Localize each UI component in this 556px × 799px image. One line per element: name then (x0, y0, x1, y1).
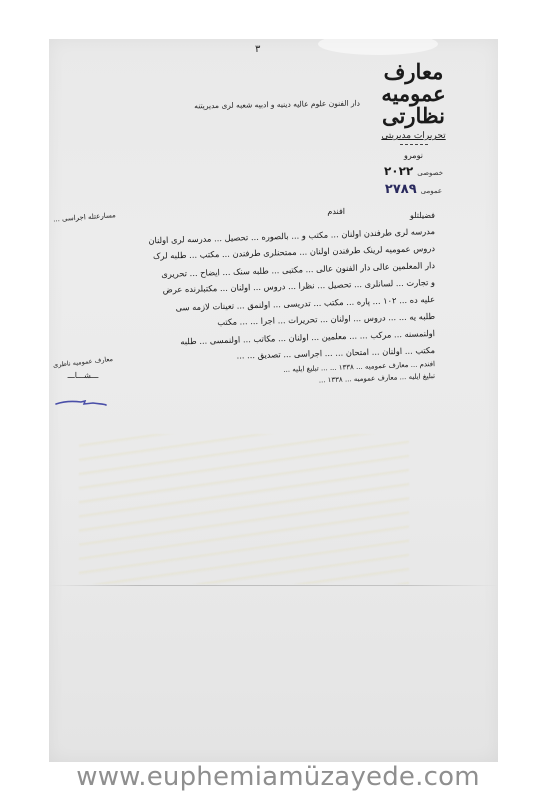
signature: ـــشـــاـــ (52, 371, 114, 380)
addressee-line: دار الفنون علوم عالیه دینیه و ادبیه شعبه… (190, 99, 360, 111)
document-paper: ٣ معارف عمومیه نظارتی تحریرات مدیریتی نو… (49, 39, 498, 762)
blue-pencil-mark-icon (55, 400, 107, 406)
salutation-efendim: افندم (327, 207, 345, 216)
private-number-label: خصوصی (417, 169, 443, 177)
letterhead: معارف عمومیه نظارتی تحریرات مدیریتی نومر… (351, 61, 476, 197)
page-number-mark: ٣ (255, 44, 260, 55)
private-number-row: خصوصی ٢٠٢٢ (351, 164, 476, 178)
ink-bleed-through (79, 434, 409, 584)
watermark: www.euphemiamüzayede.com (0, 762, 556, 792)
paper-edge-wear (318, 39, 438, 55)
letterhead-title: معارف عمومیه نظارتی (351, 61, 476, 127)
general-number-row: عمومی ٢٧٨٩ (351, 182, 476, 197)
fold-crease (49, 585, 498, 586)
letterhead-divider (400, 144, 428, 145)
letterhead-subtitle: تحریرات مدیریتی (351, 131, 476, 141)
general-number-value: ٢٧٨٩ (385, 182, 417, 197)
honorific: فضیلتلو (410, 211, 435, 220)
signature-block: معارف عمومیه ناظری ـــشـــاـــ (52, 358, 114, 380)
general-number-label: عمومی (421, 187, 442, 195)
private-number-value: ٢٠٢٢ (384, 164, 413, 178)
numero-label: نومرو (351, 151, 476, 160)
